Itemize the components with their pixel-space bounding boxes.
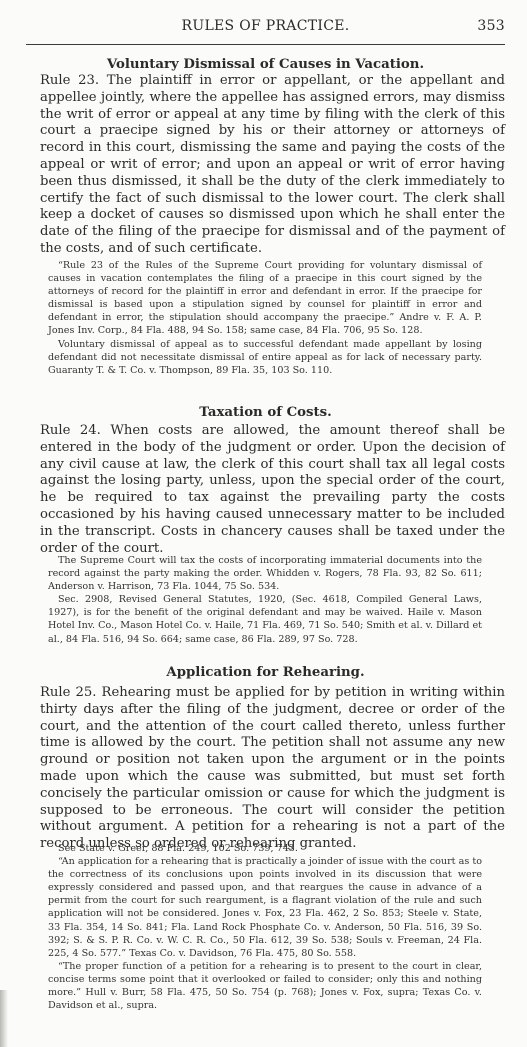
- rule-25-text: Rule 25. Rehearing must be applied for b…: [26, 685, 505, 853]
- rule-24-paragraph: Rule 24. When costs are allowed, the amo…: [26, 423, 505, 557]
- scan-shadow: [0, 990, 8, 1047]
- running-header: RULES OF PRACTICE. 353: [26, 18, 505, 38]
- annotation: The Supreme Court will tax the costs of …: [48, 554, 482, 593]
- rule-24-annotations: The Supreme Court will tax the costs of …: [48, 554, 482, 646]
- section-heading-taxation-of-costs: Taxation of Costs.: [26, 404, 505, 421]
- rule-23-paragraph: Rule 23. The plaintiff in error or appel…: [26, 73, 505, 258]
- rule-25-annotations: See State v. Greer, 88 Fla. 249, 102 So.…: [48, 842, 482, 1012]
- rule-24-text: Rule 24. When costs are allowed, the amo…: [26, 423, 505, 557]
- annotation: “Rule 23 of the Rules of the Supreme Cou…: [48, 259, 482, 338]
- annotation: Sec. 2908, Revised General Statutes, 192…: [48, 593, 482, 645]
- rule-25-paragraph: Rule 25. Rehearing must be applied for b…: [26, 685, 505, 853]
- annotation: See State v. Greer, 88 Fla. 249, 102 So.…: [48, 842, 482, 855]
- annotation: “The proper function of a petition for a…: [48, 960, 482, 1012]
- running-title: RULES OF PRACTICE.: [26, 18, 505, 34]
- book-page: RULES OF PRACTICE. 353 Voluntary Dismiss…: [0, 0, 527, 1047]
- annotation: “An application for a rehearing that is …: [48, 855, 482, 960]
- section-heading-application-for-rehearing: Application for Rehearing.: [26, 664, 505, 681]
- page-number: 353: [477, 18, 505, 34]
- rule-23-text: Rule 23. The plaintiff in error or appel…: [26, 73, 505, 258]
- rule-23-annotations: “Rule 23 of the Rules of the Supreme Cou…: [48, 259, 482, 377]
- section-heading-voluntary-dismissal: Voluntary Dismissal of Causes in Vacatio…: [26, 56, 505, 73]
- annotation: Voluntary dismissal of appeal as to succ…: [48, 338, 482, 377]
- header-divider: [26, 44, 505, 45]
